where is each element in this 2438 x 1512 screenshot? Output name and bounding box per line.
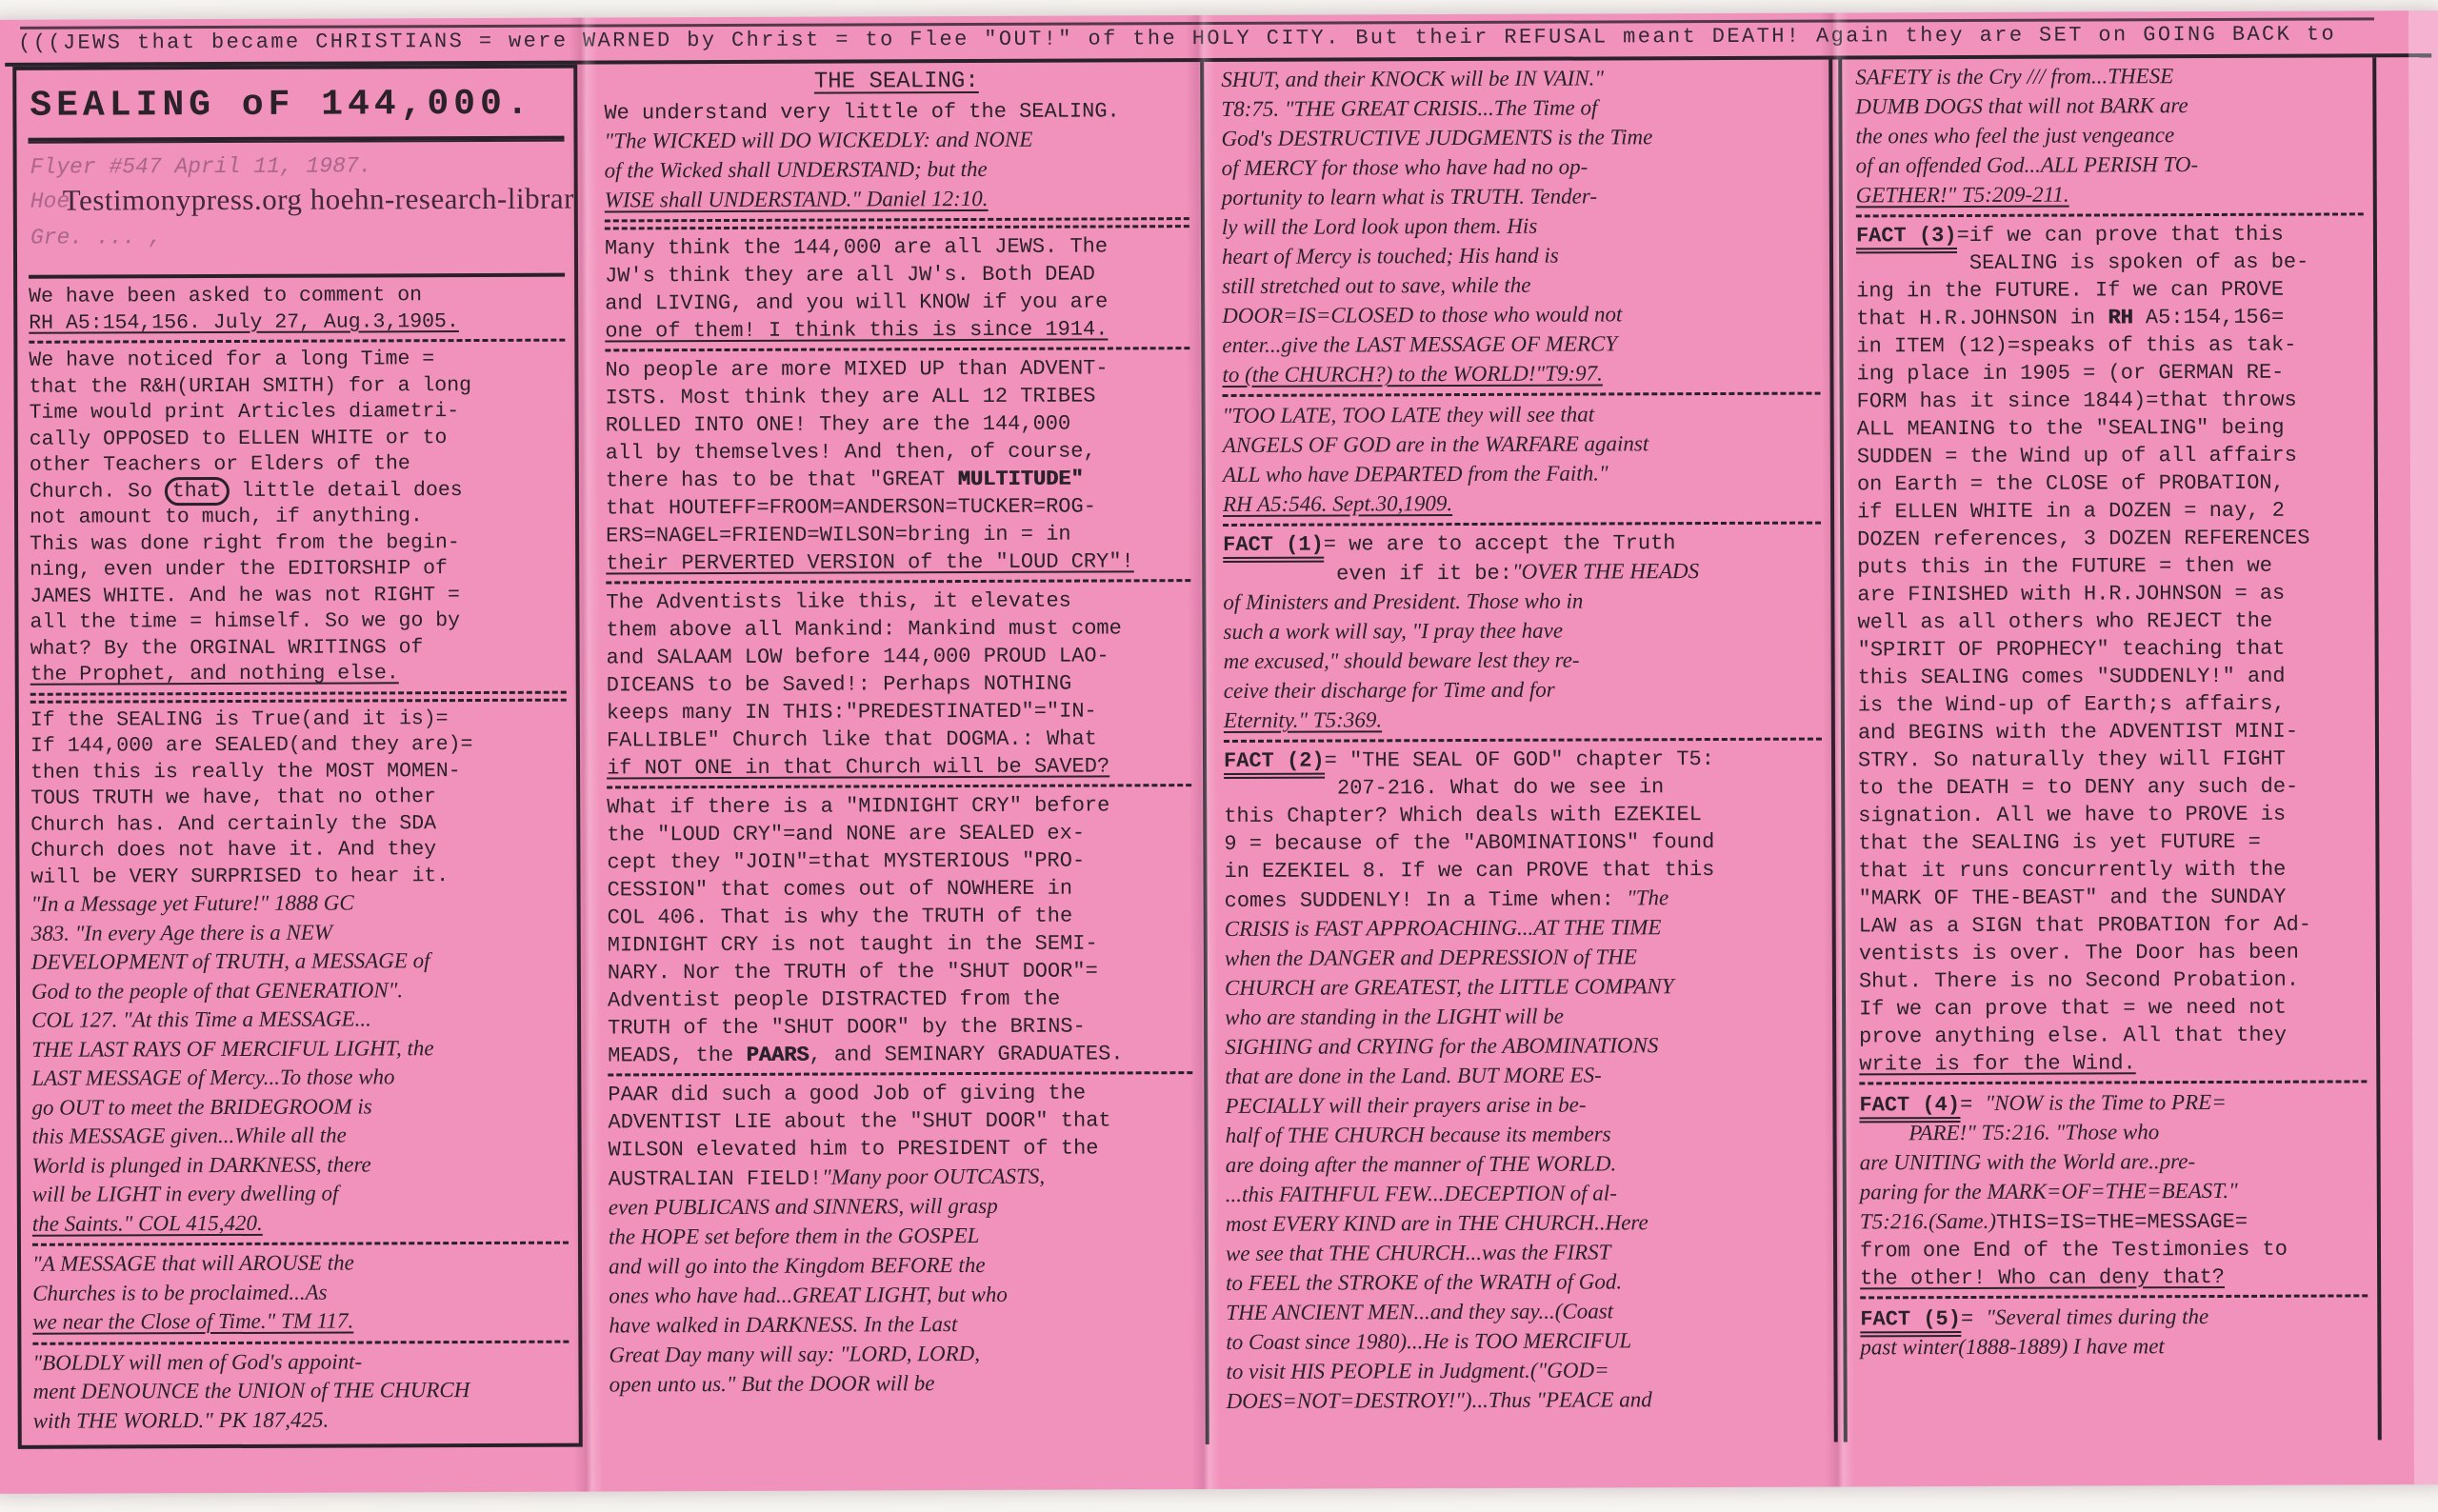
- text-run: SAFETY is the Cry /// from...THESE DUMB …: [1855, 64, 2198, 177]
- dashed-separator: [32, 1340, 569, 1344]
- dashed-separator: [32, 1242, 569, 1246]
- pink-paper-sheet: (((JEWS that became CHRISTIANS = were WA…: [0, 10, 2438, 1494]
- text-run: RH A5:546. Sept.30,1909.: [1223, 491, 1452, 516]
- masthead: SEALING oF 144,000. Flyer #547 April 11,…: [28, 69, 565, 279]
- paragraph: PAAR did such a good Job of giving the A…: [608, 1079, 1193, 1400]
- text-run: we near the Close of Time." TM 117.: [32, 1308, 353, 1333]
- text-run: little detail does not amount to much, i…: [30, 479, 463, 661]
- text-run: =: [1961, 1307, 1987, 1331]
- dashed-separator: [1860, 1294, 2368, 1299]
- banner-text: (((JEWS that became CHRISTIANS = were WA…: [18, 22, 2336, 54]
- text-run: RH A5:154,156. July 27, Aug.3,1905.: [29, 310, 459, 335]
- paragraph: FACT (1)= we are to accept the Truth eve…: [1223, 529, 1822, 736]
- paragraph: "A MESSAGE that will AROUSE the Churches…: [32, 1249, 569, 1339]
- text-run: that: [165, 476, 230, 505]
- paragraph: We have noticed for a long Time = that t…: [29, 347, 566, 689]
- text-run: GETHER!" T5:209-211.: [1856, 183, 2069, 208]
- text-run: SHUT, and their KNOCK will be IN VAIN." …: [1221, 66, 1652, 357]
- text-run: "The WICKED will DO WICKEDLY: and NONE o…: [604, 128, 1032, 183]
- paragraph: If the SEALING is True(and it is)= If 14…: [30, 706, 569, 1240]
- dashed-separator: [1859, 1080, 2367, 1084]
- text-run: Many think the 144,000 are all JEWS. The…: [605, 234, 1108, 315]
- flyer-number-line: Flyer #547 April 11, 1987.: [30, 153, 563, 180]
- text-run: RH: [2108, 306, 2133, 329]
- column-4-body: SAFETY is the Cry /// from...THESE DUMB …: [1855, 61, 2368, 1363]
- text-run: FACT (2): [1224, 749, 1325, 779]
- text-run: A5:154,156= in ITEM (12)=speaks of this …: [1856, 306, 2311, 1049]
- text-run: the Saints." COL 415,420.: [32, 1210, 263, 1235]
- text-run: one of them! I think this is since 1914.: [605, 317, 1108, 343]
- dashed-separator: [606, 579, 1190, 584]
- dashed-separator: [608, 1071, 1192, 1076]
- paragraph: FACT (4)= "NOW is the Time to PRE= PARE!…: [1859, 1087, 2368, 1292]
- text-run: We understand very little of the SEALING…: [604, 99, 1119, 125]
- dashed-separator: [30, 690, 567, 703]
- text-run: What if there is a "MIDNIGHT CRY" before…: [607, 793, 1109, 1067]
- paragraph: SAFETY is the Cry /// from...THESE DUMB …: [1855, 61, 2364, 210]
- column-3-body: SHUT, and their KNOCK will be IN VAIN." …: [1221, 64, 1824, 1417]
- paragraph: "BOLDLY will men of God's appoint- ment …: [32, 1347, 569, 1437]
- column-1-body: We have been asked to comment on RH A5:1…: [29, 283, 570, 1437]
- text-run: FACT (5): [1860, 1307, 1961, 1337]
- text-run: FACT (3): [1856, 224, 1957, 253]
- dashed-separator: [1223, 522, 1821, 527]
- dashed-separator: [29, 339, 565, 344]
- dashed-separator: [605, 347, 1189, 351]
- text-run: We have been asked to comment on: [29, 284, 422, 308]
- text-run: "BOLDLY will men of God's appoint- ment …: [32, 1349, 470, 1432]
- website-stamp: Testimonypress.org hoehn-research-librar…: [63, 181, 583, 217]
- text-run: FACT (4): [1859, 1093, 1960, 1123]
- dashed-separator: [1223, 392, 1821, 397]
- paragraph: The Adventists like this, it elevates th…: [606, 587, 1191, 782]
- dashed-separator: [607, 784, 1191, 788]
- text-run: "A MESSAGE that will AROUSE the Churches…: [32, 1250, 354, 1304]
- text-run: Eternity." T5:369.: [1224, 707, 1382, 732]
- text-run: The Adventists like this, it elevates th…: [606, 589, 1122, 753]
- text-run: "The CRISIS is FAST APPROACHING...AT THE…: [1225, 885, 1674, 1413]
- column-2-heading: THE SEALING:: [604, 66, 1189, 99]
- paragraph: SHUT, and their KNOCK will be IN VAIN." …: [1221, 64, 1820, 390]
- text-run: the Prophet, and nothing else.: [30, 662, 399, 686]
- column-4: SAFETY is the Cry /// from...THESE DUMB …: [1838, 57, 2382, 1442]
- masthead-details: Flyer #547 April 11, 1987. Hoe Testimony…: [29, 140, 566, 279]
- text-run: if NOT ONE in that Church will be SAVED?: [607, 754, 1109, 780]
- stamp-row: Hoe Testimonypress.org hoehn-research-li…: [30, 180, 563, 226]
- text-run: write is for the Wind.: [1859, 1051, 2136, 1076]
- text-run: PAARS: [746, 1044, 809, 1067]
- paragraph: FACT (5)= "Several times during the past…: [1860, 1302, 2368, 1363]
- text-run: the other! Who can deny that?: [1860, 1265, 2225, 1290]
- page-title: SEALING oF 144,000.: [28, 69, 564, 142]
- text-run: "In a Message yet Future!" 1888 GC 383. …: [31, 890, 434, 1205]
- paragraph: FACT (2)= "THE SEAL OF GOD" chapter T5: …: [1224, 746, 1825, 1417]
- column-2: THE SEALING: We understand very little o…: [587, 62, 1209, 1446]
- text-run: =: [1960, 1093, 1986, 1117]
- column-2-body: We understand very little of the SEALING…: [604, 97, 1193, 1400]
- dashed-separator: [1224, 738, 1822, 743]
- faded-address-line-2: Gre. ... ,: [30, 224, 563, 264]
- dashed-separator: [605, 217, 1189, 229]
- text-run: to (the CHURCH?) to the WORLD!"T9:97.: [1222, 361, 1602, 387]
- text-run: "Many poor OUTCASTS, even PUBLICANS and …: [609, 1164, 1045, 1397]
- text-run: , and SEMINARY GRADUATES.: [809, 1042, 1123, 1066]
- scanned-flyer-page: (((JEWS that became CHRISTIANS = were WA…: [0, 0, 2438, 1512]
- dashed-separator: [1856, 212, 2364, 217]
- paragraph: Many think the 144,000 are all JEWS. The…: [605, 232, 1189, 345]
- paragraph: We have been asked to comment on RH A5:1…: [29, 283, 565, 337]
- columns-container: SEALING oF 144,000. Flyer #547 April 11,…: [12, 57, 2438, 1449]
- paragraph: FACT (3)=if we can prove that this SEALI…: [1856, 220, 2367, 1078]
- text-run: If the SEALING is True(and it is)= If 14…: [30, 707, 473, 889]
- text-run: "TOO LATE, TOO LATE they will see that A…: [1223, 402, 1649, 486]
- text-run: FACT (1): [1223, 533, 1324, 563]
- top-banner-note: (((JEWS that became CHRISTIANS = were WA…: [5, 10, 2431, 67]
- paragraph: We understand very little of the SEALING…: [604, 97, 1189, 215]
- text-run: their PERVERTED VERSION of the "LOUD CRY…: [606, 549, 1134, 575]
- column-3: SHUT, and their KNOCK will be IN VAIN." …: [1204, 60, 1838, 1445]
- paragraph: No people are more MIXED UP than ADVENT-…: [605, 354, 1190, 577]
- paragraph: What if there is a "MIDNIGHT CRY" before…: [607, 791, 1192, 1069]
- column-1: SEALING oF 144,000. Flyer #547 April 11,…: [12, 65, 583, 1449]
- paragraph: "TOO LATE, TOO LATE they will see that A…: [1223, 400, 1821, 520]
- text-run: WISE shall UNDERSTAND." Daniel 12:10.: [605, 187, 989, 212]
- text-run: MULTITUDE": [958, 468, 1084, 492]
